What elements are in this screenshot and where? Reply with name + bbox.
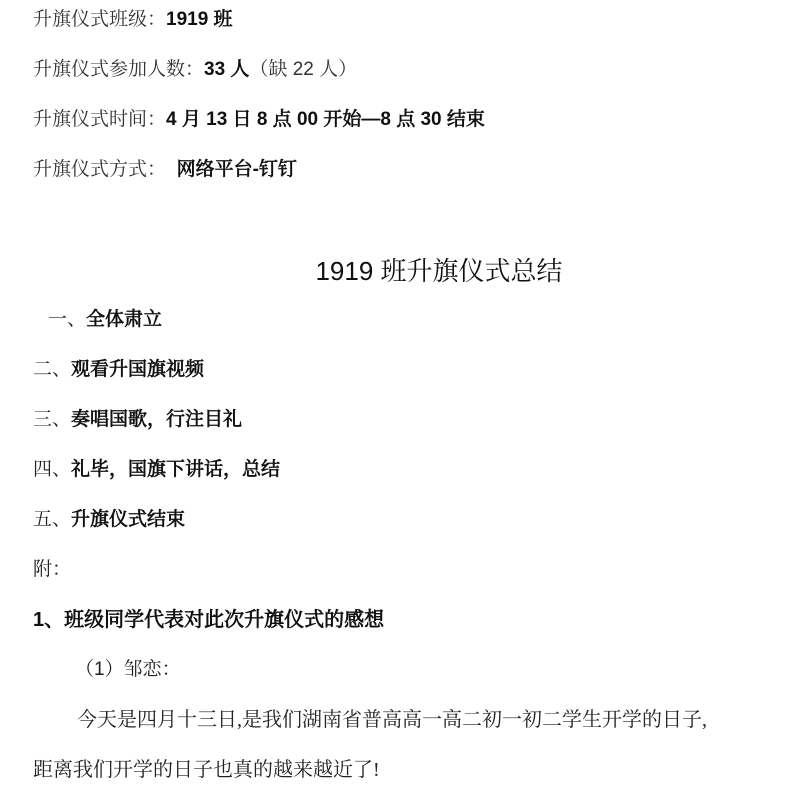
paragraph-line-1: 今天是四月十三日,是我们湖南省普高高一高二初一初二学生开学的日子,: [77, 707, 707, 733]
step-text: 观看升国旗视频: [71, 359, 204, 380]
document-title: 1919 班升旗仪式总结: [0, 254, 800, 288]
step-text: 礼毕，国旗下讲话，总结: [71, 459, 280, 480]
section-heading: 1、班级同学代表对此次升旗仪式的感想: [33, 607, 384, 633]
info-attendance: 升旗仪式参加人数：33 人（缺 22 人）: [33, 57, 357, 83]
info-label: 升旗仪式时间：: [33, 109, 166, 130]
info-value: 网络平台-钉钉: [166, 159, 297, 180]
step-4: 四、礼毕，国旗下讲话，总结: [33, 457, 280, 483]
info-value: 4 月 13 日 8 点 00 开始—8 点 30 结束: [166, 109, 485, 130]
speaker-label: （1）邹恋：: [75, 657, 181, 683]
step-number: 三、: [33, 409, 71, 430]
step-3: 三、奏唱国歌，行注目礼: [33, 407, 242, 433]
step-text: 全体肃立: [86, 309, 162, 330]
info-label: 升旗仪式方式：: [33, 159, 166, 180]
step-2: 二、观看升国旗视频: [33, 357, 204, 383]
info-value: 33 人: [204, 59, 249, 80]
info-method: 升旗仪式方式： 网络平台-钉钉: [33, 157, 297, 183]
step-number: 四、: [33, 459, 71, 480]
info-class: 升旗仪式班级：1919 班: [33, 7, 233, 33]
step-text: 升旗仪式结束: [71, 509, 185, 530]
appendix-label: 附：: [33, 557, 71, 583]
step-number: 五、: [33, 509, 71, 530]
info-time: 升旗仪式时间：4 月 13 日 8 点 00 开始—8 点 30 结束: [33, 107, 485, 133]
step-number: 一、: [48, 309, 86, 330]
paragraph-line-2: 距离我们开学的日子也真的越来越近了!: [33, 757, 380, 783]
step-number: 二、: [33, 359, 71, 380]
info-label: 升旗仪式班级：: [33, 9, 166, 30]
info-suffix: （缺 22 人）: [249, 59, 357, 80]
info-value: 1919 班: [166, 9, 233, 30]
step-1: 一、全体肃立: [48, 307, 162, 333]
step-text: 奏唱国歌，行注目礼: [71, 409, 242, 430]
info-label: 升旗仪式参加人数：: [33, 59, 204, 80]
step-5: 五、升旗仪式结束: [33, 507, 185, 533]
